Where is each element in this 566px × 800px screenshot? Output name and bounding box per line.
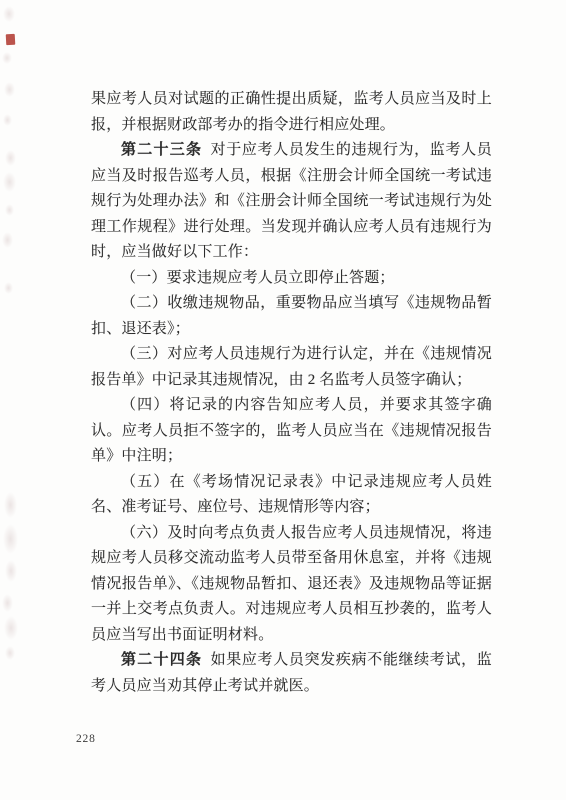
paragraph-item-2: （二）收缴违规物品，重要物品应当填写《违规物品暂扣、退还表》； xyxy=(91,291,492,342)
paragraph-text: （六）及时向考点负责人报告应考人员违规情况，将违规应考人员移交流动监考人员带至备… xyxy=(91,525,492,643)
paragraph-article-23: 第二十三条对于应考人员发生的违规行为，监考人员应当及时报告巡考人员，根据《注册会… xyxy=(91,138,492,266)
page-number: 228 xyxy=(76,733,96,745)
paragraph-article-24: 第二十四条如果应考人员突发疾病不能继续考试，监考人员应当劝其停止考试并就医。 xyxy=(91,648,492,699)
paragraph-text: （三）对应考人员违规行为进行认定，并在《违规情况报告单》中记录其违规情况，由 2… xyxy=(91,346,492,388)
paragraph-continuation: 果应考人员对试题的正确性提出质疑，监考人员应当及时上报，并根据财政部考办的指令进… xyxy=(91,87,492,138)
red-stamp-mark xyxy=(6,34,16,45)
article-23-number: 第二十三条 xyxy=(121,142,202,158)
paragraph-text: （五）在《考场情况记录表》中记录违规应考人员姓名、准考证号、座位号、违规情形等内… xyxy=(91,474,492,516)
paragraph-text: （二）收缴违规物品，重要物品应当填写《违规物品暂扣、退还表》； xyxy=(91,295,492,337)
paragraph-text: 对于应考人员发生的违规行为，监考人员应当及时报告巡考人员，根据《注册会计师全国统… xyxy=(91,142,492,260)
paragraph-text: （四）将记录的内容告知应考人员，并要求其签字确认。应考人员拒不签字的，监考人员应… xyxy=(91,397,492,464)
document-page: 果应考人员对试题的正确性提出质疑，监考人员应当及时上报，并根据财政部考办的指令进… xyxy=(0,0,566,800)
paragraph-item-3: （三）对应考人员违规行为进行认定，并在《违规情况报告单》中记录其违规情况，由 2… xyxy=(91,342,492,393)
page-text-block: 果应考人员对试题的正确性提出质疑，监考人员应当及时上报，并根据财政部考办的指令进… xyxy=(91,87,492,699)
paragraph-item-1: （一）要求违规应考人员立即停止答题； xyxy=(91,266,492,292)
paragraph-text: 果应考人员对试题的正确性提出质疑，监考人员应当及时上报，并根据财政部考办的指令进… xyxy=(91,91,492,133)
paragraph-item-6: （六）及时向考点负责人报告应考人员违规情况，将违规应考人员移交流动监考人员带至备… xyxy=(91,521,492,649)
paragraph-text: （一）要求违规应考人员立即停止答题； xyxy=(121,270,395,286)
paragraph-item-4: （四）将记录的内容告知应考人员，并要求其签字确认。应考人员拒不签字的，监考人员应… xyxy=(91,393,492,470)
paragraph-item-5: （五）在《考场情况记录表》中记录违规应考人员姓名、准考证号、座位号、违规情形等内… xyxy=(91,470,492,521)
article-24-number: 第二十四条 xyxy=(121,652,202,668)
